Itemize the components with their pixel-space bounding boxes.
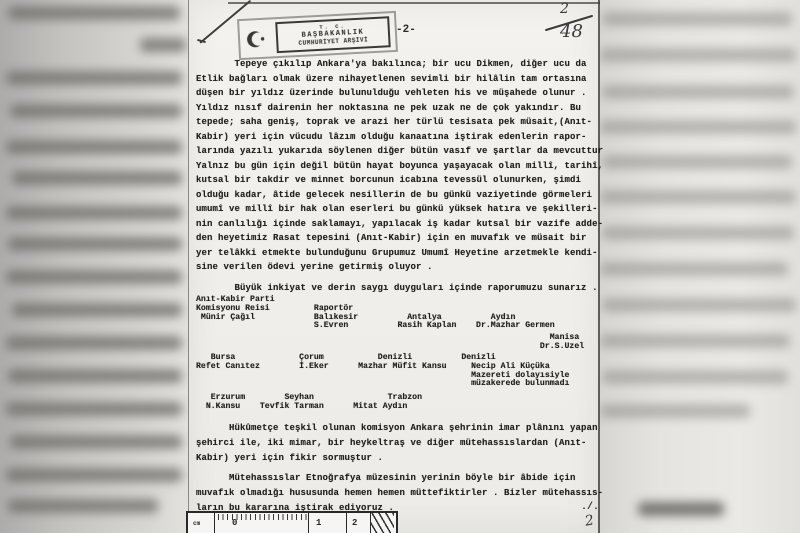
signature-block-commission: Anıt-Kabir Parti Komisyonu Reisi Raportö… [196,296,555,331]
page-top-edge [228,2,600,4]
page-left-edge [188,0,189,533]
fraction-denominator: 48 [560,21,583,42]
blurred-page-right [600,0,800,533]
page-number: -2- [396,24,416,36]
ruler-divider [214,513,215,533]
ruler-label-0: 0 [232,518,237,528]
blurred-text-left [0,0,188,533]
report-paragraph-4: Mütehassıslar Etnoğrafya müzesinin yerin… [196,471,603,515]
ruler-divider [346,513,347,533]
crescent-star-icon [240,27,275,51]
blurred-page-left [0,0,188,533]
report-paragraph-2: Büyük inkiyat ve derin saygı duyguları i… [196,281,598,296]
signature-block-provinces: Bursa Çorum Denizli Denizli Refet Canıte… [196,354,569,389]
ruler-unit: cm [193,520,200,527]
ruler-label-1: 1 [316,518,321,528]
archive-photo: T. C. BAŞBAKANLIK CUMHURİYET ARŞİVİ -2- … [0,0,800,533]
signature-block-manisa: Manisa Dr.S.Uzel [196,334,584,352]
ruler-divider [308,513,309,533]
archive-stamp: T. C. BAŞBAKANLIK CUMHURİYET ARŞİVİ [237,11,398,60]
fraction-numerator: 2 [560,1,569,17]
report-paragraph-3: Hükûmetçe teşkil olunan komisyon Ankara … [196,421,598,465]
blurred-text-right [600,0,800,533]
stamp-text: T. C. BAŞBAKANLIK CUMHURİYET ARŞİVİ [275,16,390,53]
ruler-label-2: 2 [352,518,357,528]
measurement-ruler: cm 0 1 2 [186,511,398,533]
signature-block-last-row: Erzurum Seyhan Trabzon N.Kansu Tevfik Ta… [196,394,422,412]
document-page: T. C. BAŞBAKANLIK CUMHURİYET ARŞİVİ -2- … [188,0,600,533]
report-paragraph-1: Tepeye çıkılıp Ankara'ya bakılınca; bir … [196,57,603,275]
ruler-hatch [370,513,394,533]
continuation-mark: ./. [581,502,599,513]
